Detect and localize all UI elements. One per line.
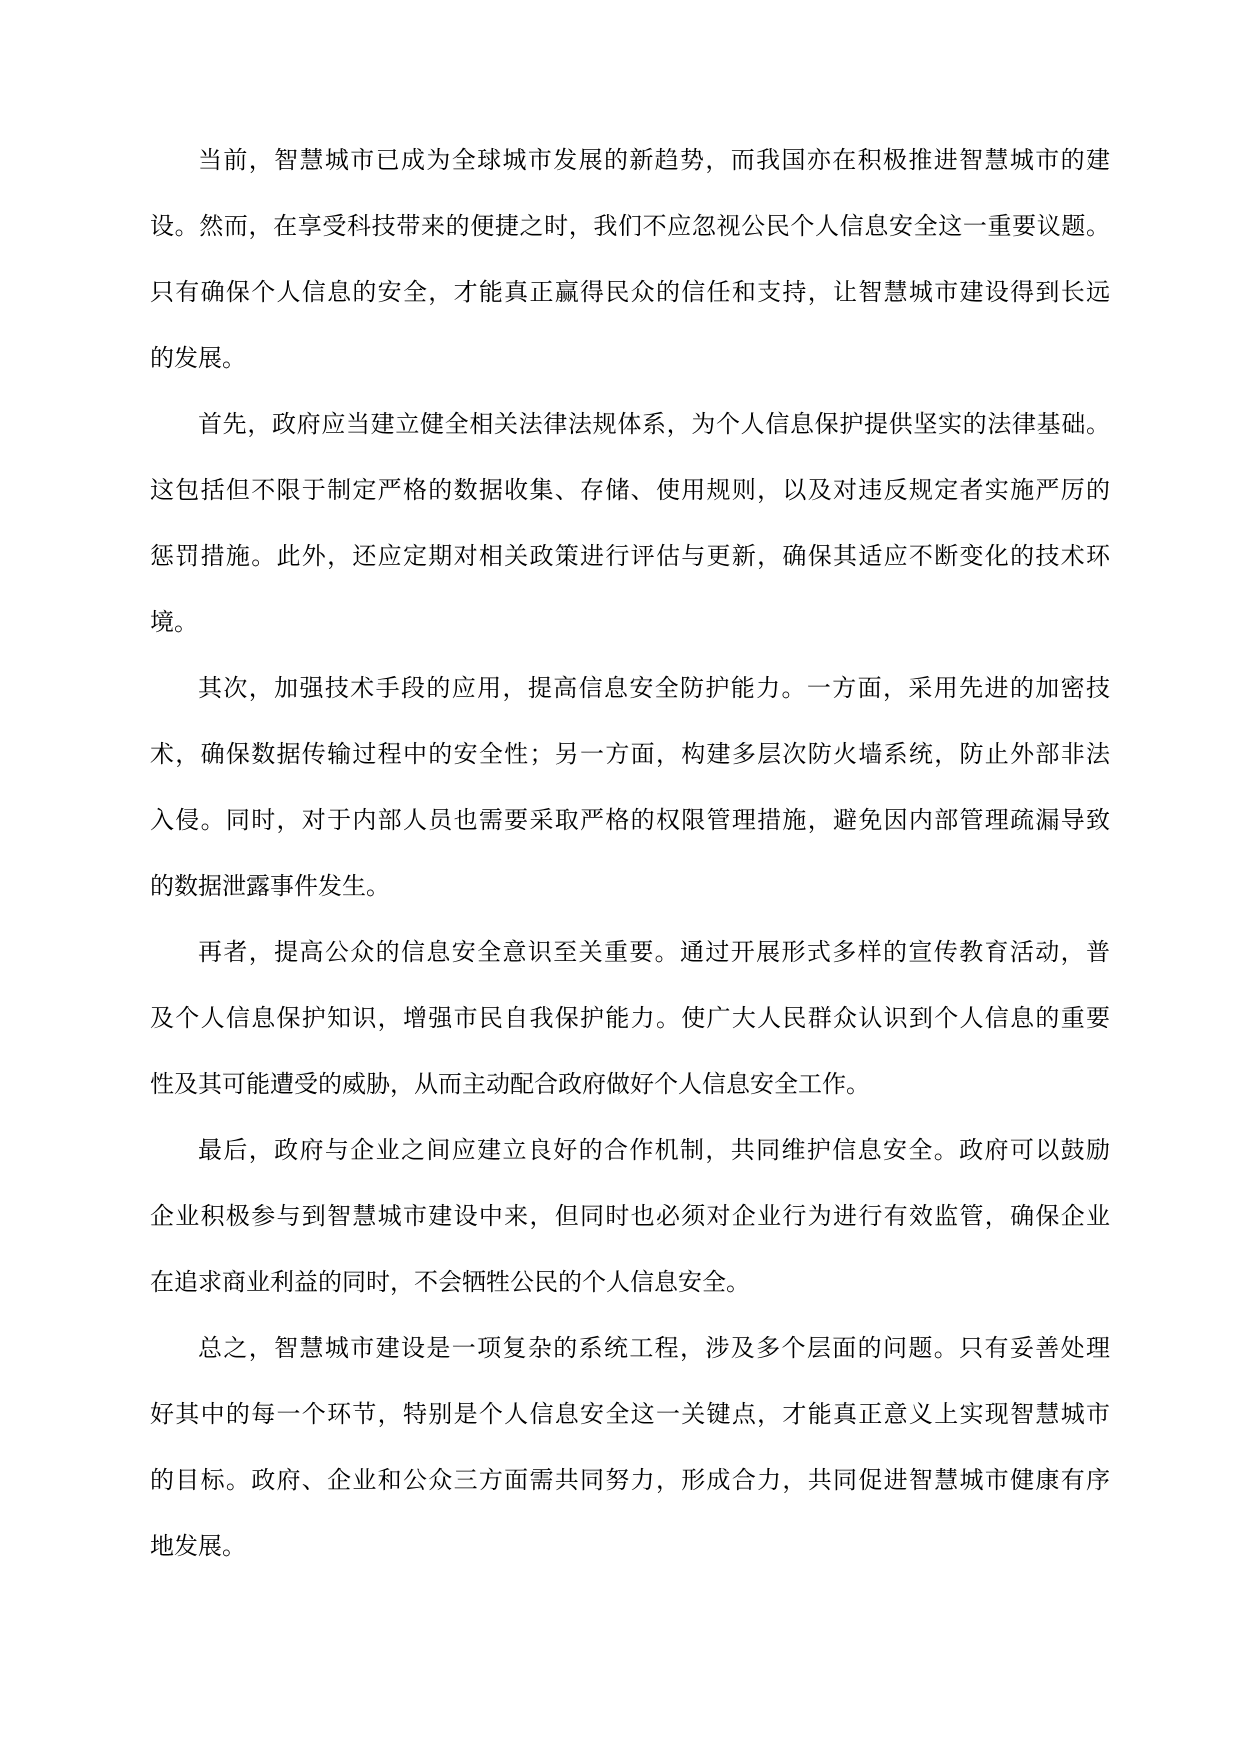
- text-line: 最后，政府与企业之间应建立良好的合作机制，共同维护信息安全。政府可以鼓励: [150, 1118, 1110, 1184]
- text-line: 总之，智慧城市建设是一项复杂的系统工程，涉及多个层面的问题。只有妥善处理: [150, 1316, 1110, 1382]
- paragraph: 首先，政府应当建立健全相关法律法规体系，为个人信息保护提供坚实的法律基础。这包括…: [150, 392, 1110, 656]
- text-line: 好其中的每一个环节，特别是个人信息安全这一关键点，才能真正意义上实现智慧城市: [150, 1382, 1110, 1448]
- text-line: 只有确保个人信息的安全，才能真正赢得民众的信任和支持，让智慧城市建设得到长远: [150, 260, 1110, 326]
- text-line: 当前，智慧城市已成为全球城市发展的新趋势，而我国亦在积极推进智慧城市的建: [150, 128, 1110, 194]
- text-line: 其次，加强技术手段的应用，提高信息安全防护能力。一方面，采用先进的加密技: [150, 656, 1110, 722]
- text-line: 地发展。: [150, 1514, 1110, 1580]
- paragraph: 总之，智慧城市建设是一项复杂的系统工程，涉及多个层面的问题。只有妥善处理好其中的…: [150, 1316, 1110, 1580]
- paragraph: 最后，政府与企业之间应建立良好的合作机制，共同维护信息安全。政府可以鼓励企业积极…: [150, 1118, 1110, 1316]
- text-line: 首先，政府应当建立健全相关法律法规体系，为个人信息保护提供坚实的法律基础。: [150, 392, 1110, 458]
- paragraph: 再者，提高公众的信息安全意识至关重要。通过开展形式多样的宣传教育活动，普及个人信…: [150, 920, 1110, 1118]
- document-body: 当前，智慧城市已成为全球城市发展的新趋势，而我国亦在积极推进智慧城市的建设。然而…: [150, 128, 1110, 1580]
- text-line: 术，确保数据传输过程中的安全性；另一方面，构建多层次防火墙系统，防止外部非法: [150, 722, 1110, 788]
- document-page: 当前，智慧城市已成为全球城市发展的新趋势，而我国亦在积极推进智慧城市的建设。然而…: [0, 0, 1241, 1754]
- text-line: 性及其可能遭受的威胁，从而主动配合政府做好个人信息安全工作。: [150, 1052, 1110, 1118]
- text-line: 惩罚措施。此外，还应定期对相关政策进行评估与更新，确保其适应不断变化的技术环: [150, 524, 1110, 590]
- text-line: 的发展。: [150, 326, 1110, 392]
- text-line: 再者，提高公众的信息安全意识至关重要。通过开展形式多样的宣传教育活动，普: [150, 920, 1110, 986]
- text-line: 的目标。政府、企业和公众三方面需共同努力，形成合力，共同促进智慧城市健康有序: [150, 1448, 1110, 1514]
- paragraph: 其次，加强技术手段的应用，提高信息安全防护能力。一方面，采用先进的加密技术，确保…: [150, 656, 1110, 920]
- paragraph: 当前，智慧城市已成为全球城市发展的新趋势，而我国亦在积极推进智慧城市的建设。然而…: [150, 128, 1110, 392]
- text-line: 境。: [150, 590, 1110, 656]
- text-line: 设。然而，在享受科技带来的便捷之时，我们不应忽视公民个人信息安全这一重要议题。: [150, 194, 1110, 260]
- text-line: 的数据泄露事件发生。: [150, 854, 1110, 920]
- text-line: 这包括但不限于制定严格的数据收集、存储、使用规则，以及对违反规定者实施严厉的: [150, 458, 1110, 524]
- text-line: 入侵。同时，对于内部人员也需要采取严格的权限管理措施，避免因内部管理疏漏导致: [150, 788, 1110, 854]
- text-line: 在追求商业利益的同时，不会牺牲公民的个人信息安全。: [150, 1250, 1110, 1316]
- text-line: 企业积极参与到智慧城市建设中来，但同时也必须对企业行为进行有效监管，确保企业: [150, 1184, 1110, 1250]
- text-line: 及个人信息保护知识，增强市民自我保护能力。使广大人民群众认识到个人信息的重要: [150, 986, 1110, 1052]
